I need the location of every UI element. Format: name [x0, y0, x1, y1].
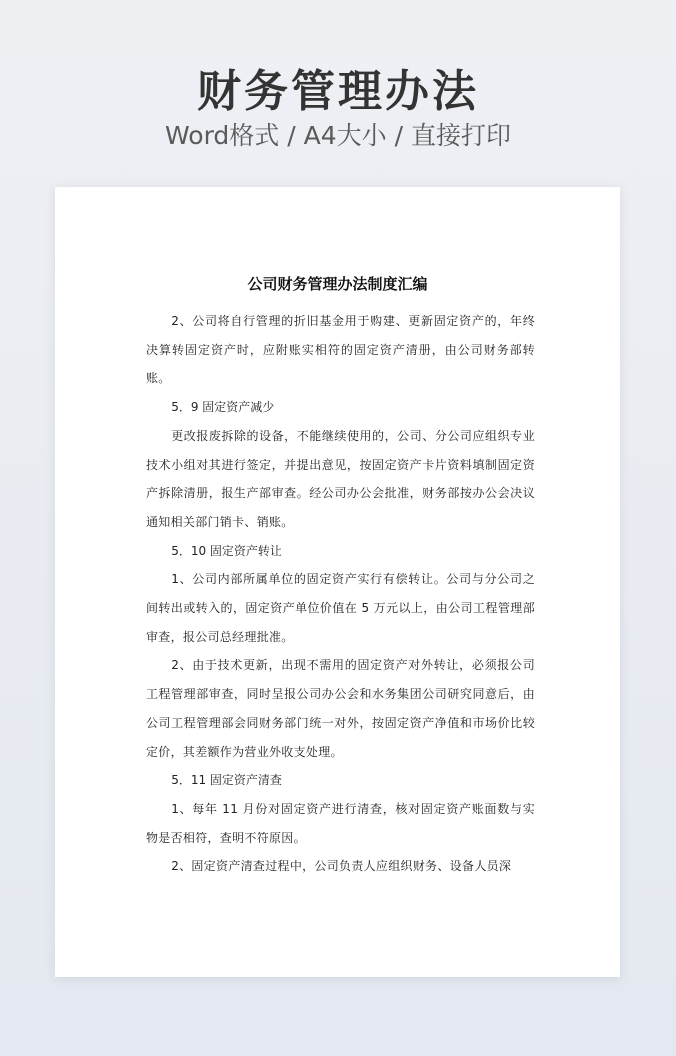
section-heading: 5．10 固定资产转让	[146, 537, 535, 566]
paragraph: 1、公司内部所属单位的固定资产实行有偿转让。公司与分公司之间转出或转入的，固定资…	[146, 565, 535, 651]
banner-subtitle: Word格式 / A4大小 / 直接打印	[0, 118, 676, 154]
document-title: 公司财务管理办法制度汇编	[55, 273, 620, 295]
paragraph: 1、每年 11 月份对固定资产进行清查，核对固定资产账面数与实物是否相符，查明不…	[146, 795, 535, 852]
banner-title: 财务管理办法	[0, 64, 676, 120]
paragraph: 2、固定资产清查过程中，公司负责人应组织财务、设备人员深	[146, 852, 535, 881]
paragraph: 2、由于技术更新，出现不需用的固定资产对外转让，必须报公司工程管理部审查，同时呈…	[146, 651, 535, 766]
document-body: 2、公司将自行管理的折旧基金用于购建、更新固定资产的，年终决算转固定资产时，应附…	[146, 307, 535, 881]
paragraph: 2、公司将自行管理的折旧基金用于购建、更新固定资产的，年终决算转固定资产时，应附…	[146, 307, 535, 393]
paragraph: 更改报废拆除的设备，不能继续使用的，公司、分公司应组织专业技术小组对其进行签定，…	[146, 422, 535, 537]
section-heading: 5．11 固定资产清查	[146, 766, 535, 795]
section-heading: 5．9 固定资产减少	[146, 393, 535, 422]
document-page: 公司财务管理办法制度汇编 2、公司将自行管理的折旧基金用于购建、更新固定资产的，…	[55, 187, 620, 977]
